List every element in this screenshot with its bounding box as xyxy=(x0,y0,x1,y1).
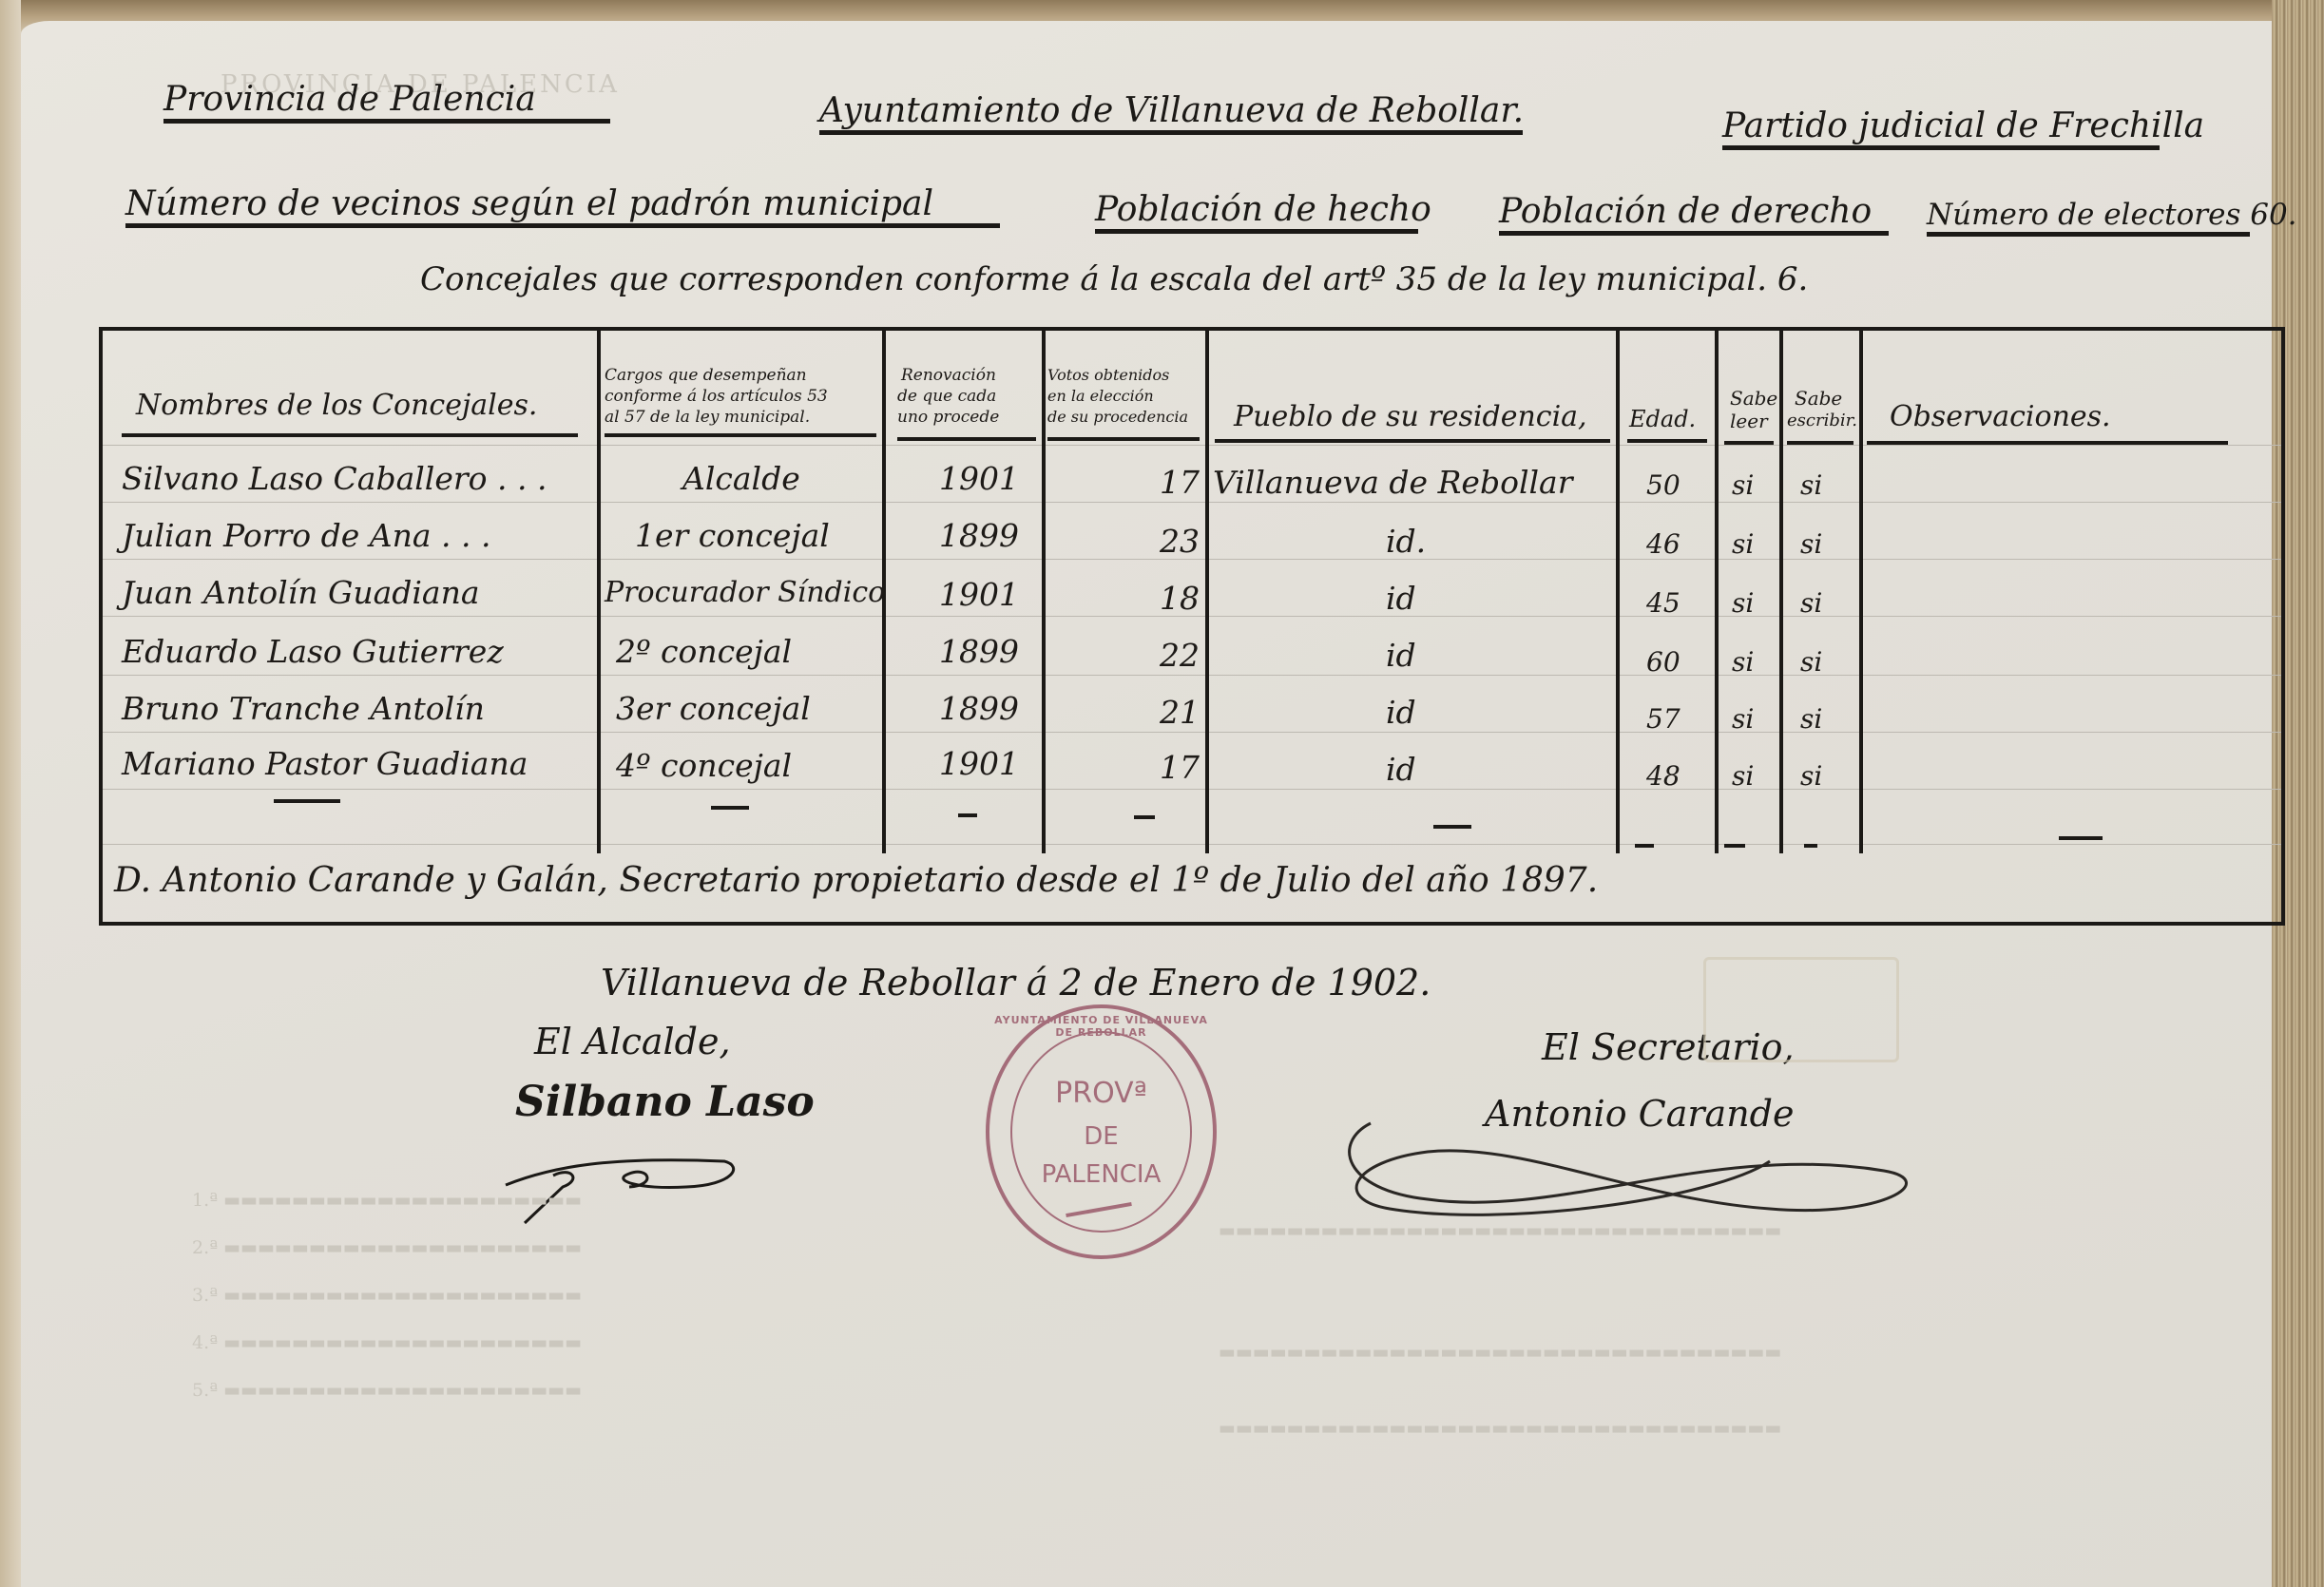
cell-pueblo: id xyxy=(1386,694,1416,731)
cell-nombre: Silvano Laso Caballero . . . xyxy=(122,460,547,497)
faint-printed-notes: 3.ª ▬▬▬▬▬▬▬▬▬▬▬▬▬▬▬▬▬▬▬▬▬ xyxy=(192,1285,582,1306)
col-divider xyxy=(597,331,601,853)
partido-judicial-field: Partido judicial de Frechilla xyxy=(1722,106,2160,150)
poblacion-hecho-field: Población de hecho xyxy=(1095,190,1418,234)
col-header-cargos-2: conforme á los artículos 53 xyxy=(605,386,828,407)
cell-escribir: si xyxy=(1800,587,1822,619)
col-divider xyxy=(1616,331,1620,853)
ayuntamiento-field: Ayuntamiento de Villanueva de Rebollar. xyxy=(819,91,1523,135)
cell-escribir: si xyxy=(1800,760,1822,792)
stamp-ring-text: AYUNTAMIENTO DE VILLANUEVA DE REBOLLAR xyxy=(989,1014,1213,1039)
faint-printed-notes: 4.ª ▬▬▬▬▬▬▬▬▬▬▬▬▬▬▬▬▬▬▬▬▬ xyxy=(192,1332,582,1353)
cell-nombre: Julian Porro de Ana . . . xyxy=(122,517,491,554)
cell-votos: 21 xyxy=(1160,694,1200,731)
col-divider xyxy=(1859,331,1863,853)
concejales-table: Nombres de los Concejales. Cargos que de… xyxy=(99,327,2285,926)
blank-dash xyxy=(274,799,340,803)
faint-printed-notes: 2.ª ▬▬▬▬▬▬▬▬▬▬▬▬▬▬▬▬▬▬▬▬▬ xyxy=(192,1237,582,1258)
faint-bleedthrough-stamp xyxy=(1703,957,1899,1062)
cell-nombre: Bruno Tranche Antolín xyxy=(122,690,485,727)
blank-dash xyxy=(958,813,977,817)
numero-electores-field: Número de electores 60. xyxy=(1927,198,2250,237)
cell-leer: si xyxy=(1732,703,1754,735)
cell-edad: 46 xyxy=(1646,528,1681,560)
cell-pueblo: Villanueva de Rebollar xyxy=(1213,464,1573,501)
col-header-renovacion-3: uno procede xyxy=(897,407,999,428)
faint-printed-notes: ▬▬▬▬▬▬▬▬▬▬▬▬▬▬▬▬▬▬▬▬▬▬▬▬▬▬▬▬▬▬▬▬▬ xyxy=(1219,1342,1781,1363)
cell-cargo: Alcalde xyxy=(682,460,800,497)
cell-votos: 23 xyxy=(1160,523,1200,560)
cell-escribir: si xyxy=(1800,646,1822,678)
official-seal-stamp: AYUNTAMIENTO DE VILLANUEVA DE REBOLLAR P… xyxy=(986,1004,1217,1259)
cell-renovacion: 1899 xyxy=(939,517,1019,554)
cell-leer: si xyxy=(1732,760,1754,792)
col-header-observaciones: Observaciones. xyxy=(1890,407,2111,428)
col-divider xyxy=(1042,331,1046,853)
blank-dash xyxy=(711,806,749,810)
col-header-cargos-3: al 57 de la ley municipal. xyxy=(605,407,810,428)
cell-edad: 60 xyxy=(1646,646,1681,678)
secretario-note: D. Antonio Carande y Galán, Secretario p… xyxy=(114,861,1598,900)
cell-leer: si xyxy=(1732,528,1754,560)
cell-cargo: Procurador Síndico xyxy=(605,576,885,609)
cell-escribir: si xyxy=(1800,528,1822,560)
col-divider xyxy=(1779,331,1783,853)
cell-edad: 48 xyxy=(1646,760,1681,792)
cell-pueblo: id. xyxy=(1386,523,1426,560)
stamp-line3: PALENCIA xyxy=(989,1160,1213,1189)
cell-renovacion: 1901 xyxy=(939,745,1019,782)
cell-edad: 57 xyxy=(1646,703,1681,735)
cell-nombre: Eduardo Laso Gutierrez xyxy=(122,633,504,670)
cell-renovacion: 1901 xyxy=(939,460,1019,497)
cell-nombre: Mariano Pastor Guadiana xyxy=(122,745,528,782)
cell-votos: 17 xyxy=(1160,464,1200,501)
col-header-cargos-1: Cargos que desempeñan xyxy=(605,365,807,386)
cell-votos: 22 xyxy=(1160,637,1200,674)
col-header-leer-2: leer xyxy=(1730,411,1768,431)
col-header-renovacion-1: Renovación xyxy=(901,365,996,386)
cell-votos: 18 xyxy=(1160,580,1200,617)
cell-leer: si xyxy=(1732,646,1754,678)
cell-votos: 17 xyxy=(1160,749,1200,786)
col-header-leer-1: Sabe xyxy=(1730,388,1777,409)
faint-printed-notes: ▬▬▬▬▬▬▬▬▬▬▬▬▬▬▬▬▬▬▬▬▬▬▬▬▬▬▬▬▬▬▬▬▬ xyxy=(1219,1220,1781,1241)
cell-leer: si xyxy=(1732,469,1754,501)
book-left-edge xyxy=(0,0,21,1587)
col-header-nombres: Nombres de los Concejales. xyxy=(136,395,537,416)
col-header-votos-1: Votos obtenidos xyxy=(1047,365,1169,386)
blank-dash xyxy=(2059,836,2103,840)
poblacion-derecho-field: Población de derecho xyxy=(1499,192,1889,236)
col-divider xyxy=(1715,331,1719,853)
blank-dash xyxy=(1804,844,1817,848)
cell-edad: 50 xyxy=(1646,469,1681,501)
blank-dash xyxy=(1724,844,1745,848)
faint-printed-notes: 5.ª ▬▬▬▬▬▬▬▬▬▬▬▬▬▬▬▬▬▬▬▬▬ xyxy=(192,1380,582,1401)
blank-dash xyxy=(1635,844,1654,848)
numero-vecinos-field: Número de vecinos según el padrón munici… xyxy=(125,184,1000,228)
col-header-renovacion-2: de que cada xyxy=(897,386,996,407)
col-header-votos-3: de su procedencia xyxy=(1047,407,1188,428)
cell-renovacion: 1899 xyxy=(939,690,1019,727)
stamp-line2: DE xyxy=(989,1122,1213,1151)
cell-cargo: 1er concejal xyxy=(635,517,830,554)
col-divider xyxy=(1205,331,1209,853)
alcalde-signature: Silbano Laso xyxy=(515,1078,815,1126)
cell-edad: 45 xyxy=(1646,587,1681,619)
provincia-field: Provincia de Palencia xyxy=(163,80,610,124)
col-header-pueblo: Pueblo de su residencia, xyxy=(1234,407,1587,428)
col-header-escribir-1: Sabe xyxy=(1795,388,1842,409)
place-date: Villanueva de Rebollar á 2 de Enero de 1… xyxy=(601,962,1431,1004)
blank-dash xyxy=(1433,825,1471,829)
alcalde-rubric-flourish xyxy=(496,1128,743,1233)
concejales-count-line: Concejales que corresponden conforme á l… xyxy=(420,260,1808,298)
cell-pueblo: id xyxy=(1386,580,1416,617)
cell-escribir: si xyxy=(1800,703,1822,735)
faint-printed-notes: ▬▬▬▬▬▬▬▬▬▬▬▬▬▬▬▬▬▬▬▬▬▬▬▬▬▬▬▬▬▬▬▬▬ xyxy=(1219,1418,1781,1439)
col-header-votos-2: en la elección xyxy=(1047,386,1154,407)
cell-nombre: Juan Antolín Guadiana xyxy=(122,574,480,611)
cell-escribir: si xyxy=(1800,469,1822,501)
cell-cargo: 2º concejal xyxy=(616,633,792,670)
cell-cargo: 3er concejal xyxy=(616,690,811,727)
alcalde-title: El Alcalde, xyxy=(534,1021,731,1062)
cell-cargo: 4º concejal xyxy=(616,747,792,784)
faint-printed-notes: 1.ª ▬▬▬▬▬▬▬▬▬▬▬▬▬▬▬▬▬▬▬▬▬ xyxy=(192,1190,582,1211)
document-page: PROVINCIA DE PALENCIA Provincia de Palen… xyxy=(21,21,2272,1587)
blank-dash xyxy=(1134,815,1155,819)
cell-renovacion: 1901 xyxy=(939,576,1019,613)
col-header-escribir-2: escribir. xyxy=(1787,411,1857,431)
cell-leer: si xyxy=(1732,587,1754,619)
cell-pueblo: id xyxy=(1386,637,1416,674)
col-header-edad: Edad. xyxy=(1629,409,1696,430)
stamp-line1: PROVª xyxy=(989,1077,1213,1110)
cell-renovacion: 1899 xyxy=(939,633,1019,670)
secretario-rubric-flourish xyxy=(1314,1104,1922,1237)
cell-pueblo: id xyxy=(1386,751,1416,788)
